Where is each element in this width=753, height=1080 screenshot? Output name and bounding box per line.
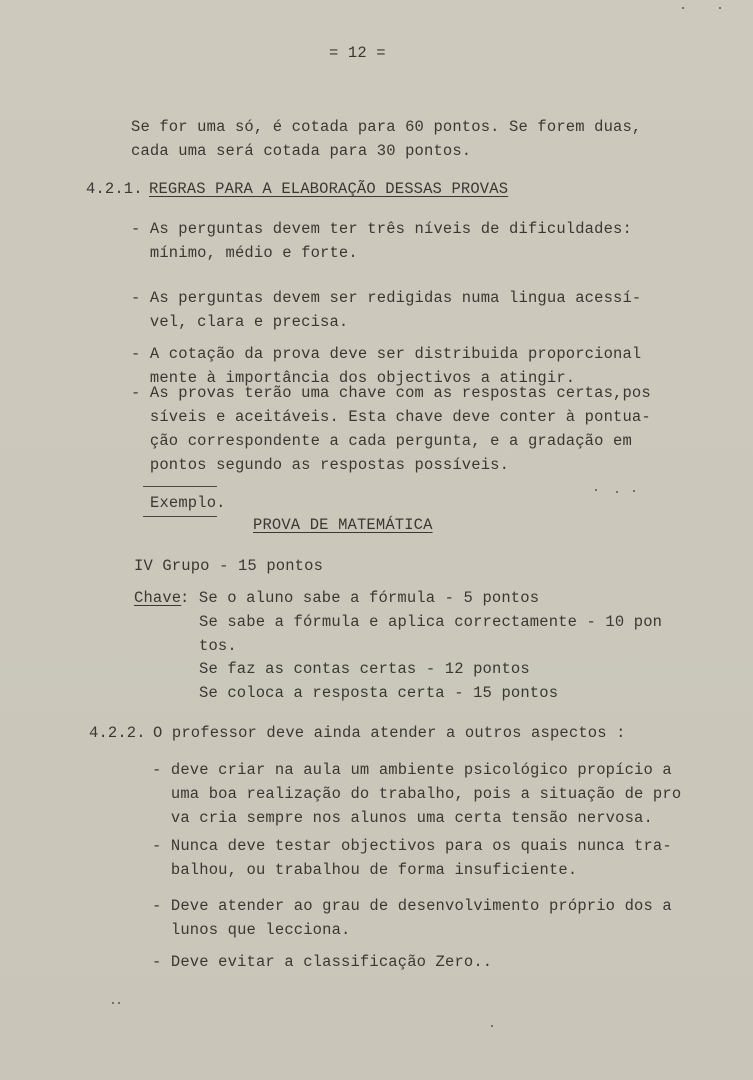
key-line-3: tos. — [199, 637, 237, 655]
aspect-item-3-line-2: lunos que lecciona. — [152, 921, 350, 939]
page-number: = 12 = — [329, 44, 386, 62]
scan-speck — [682, 7, 684, 9]
key-line-5: Se coloca a resposta certa - 15 pontos — [199, 684, 558, 702]
key-line-1: : Se o aluno sabe a fórmula - 5 pontos — [180, 589, 539, 607]
key-label: Chave — [134, 589, 181, 607]
rule-item-1-line-1: - As perguntas devem ter três níveis de … — [131, 220, 632, 238]
rule-item-2-line-1: - As perguntas devem ser redigidas numa … — [131, 289, 641, 307]
rule-item-4-line-2: síveis e aceitáveis. Esta chave deve con… — [131, 408, 651, 426]
scan-speck — [616, 491, 618, 493]
section-421-title: REGRAS PARA A ELABORAÇÃO DESSAS PROVAS — [149, 180, 508, 198]
example-title: PROVA DE MATEMÁTICA — [253, 516, 433, 534]
scan-speck — [633, 490, 635, 492]
example-label: Exemplo. — [150, 494, 226, 512]
aspect-item-2-line-2: balhou, ou trabalhou de forma insuficien… — [152, 861, 577, 879]
divider — [143, 516, 217, 517]
rule-item-3-line-1: - A cotação da prova deve ser distribuid… — [131, 345, 641, 363]
rule-item-4-line-3: ção correspondente a cada pergunta, e a … — [131, 432, 632, 450]
rule-item-4-line-4: pontos segundo as respostas possíveis. — [131, 456, 509, 474]
aspect-item-2-line-1: - Nunca deve testar objectivos para os q… — [152, 837, 672, 855]
divider — [143, 486, 217, 487]
rule-item-4-line-1: - As provas terão uma chave com as respo… — [131, 384, 651, 402]
document-page: = 12 = Se for uma só, é cotada para 60 p… — [0, 0, 753, 1080]
scan-speck — [719, 7, 721, 9]
rule-item-1-line-2: mínimo, médio e forte. — [131, 244, 358, 262]
aspect-item-1-line-1: - deve criar na aula um ambiente psicoló… — [152, 761, 672, 779]
scan-speck — [595, 489, 597, 491]
rule-item-2-line-2: vel, clara e precisa. — [131, 313, 348, 331]
example-group: IV Grupo - 15 pontos — [134, 557, 323, 575]
key-line-2: Se sabe a fórmula e aplica correctamente… — [199, 613, 662, 631]
aspect-item-1-line-2: uma boa realização do trabalho, pois a s… — [152, 785, 681, 803]
aspect-item-4-line-1: - Deve evitar a classificação Zero.. — [152, 953, 492, 971]
section-422-number: 4.2.2. — [89, 724, 146, 742]
aspect-item-1-line-3: va cria sempre nos alunos uma certa tens… — [152, 809, 653, 827]
key-line-4: Se faz as contas certas - 12 pontos — [199, 660, 530, 678]
scan-speck — [118, 1002, 120, 1004]
scan-speck — [112, 1002, 114, 1004]
aspect-item-3-line-1: - Deve atender ao grau de desenvolviment… — [152, 897, 672, 915]
section-421-number: 4.2.1. — [86, 180, 143, 198]
intro-line-1: Se for uma só, é cotada para 60 pontos. … — [131, 118, 641, 136]
section-422-title: O professor deve ainda atender a outros … — [153, 724, 626, 742]
intro-line-2: cada uma será cotada para 30 pontos. — [131, 142, 471, 160]
scan-speck — [491, 1025, 493, 1027]
